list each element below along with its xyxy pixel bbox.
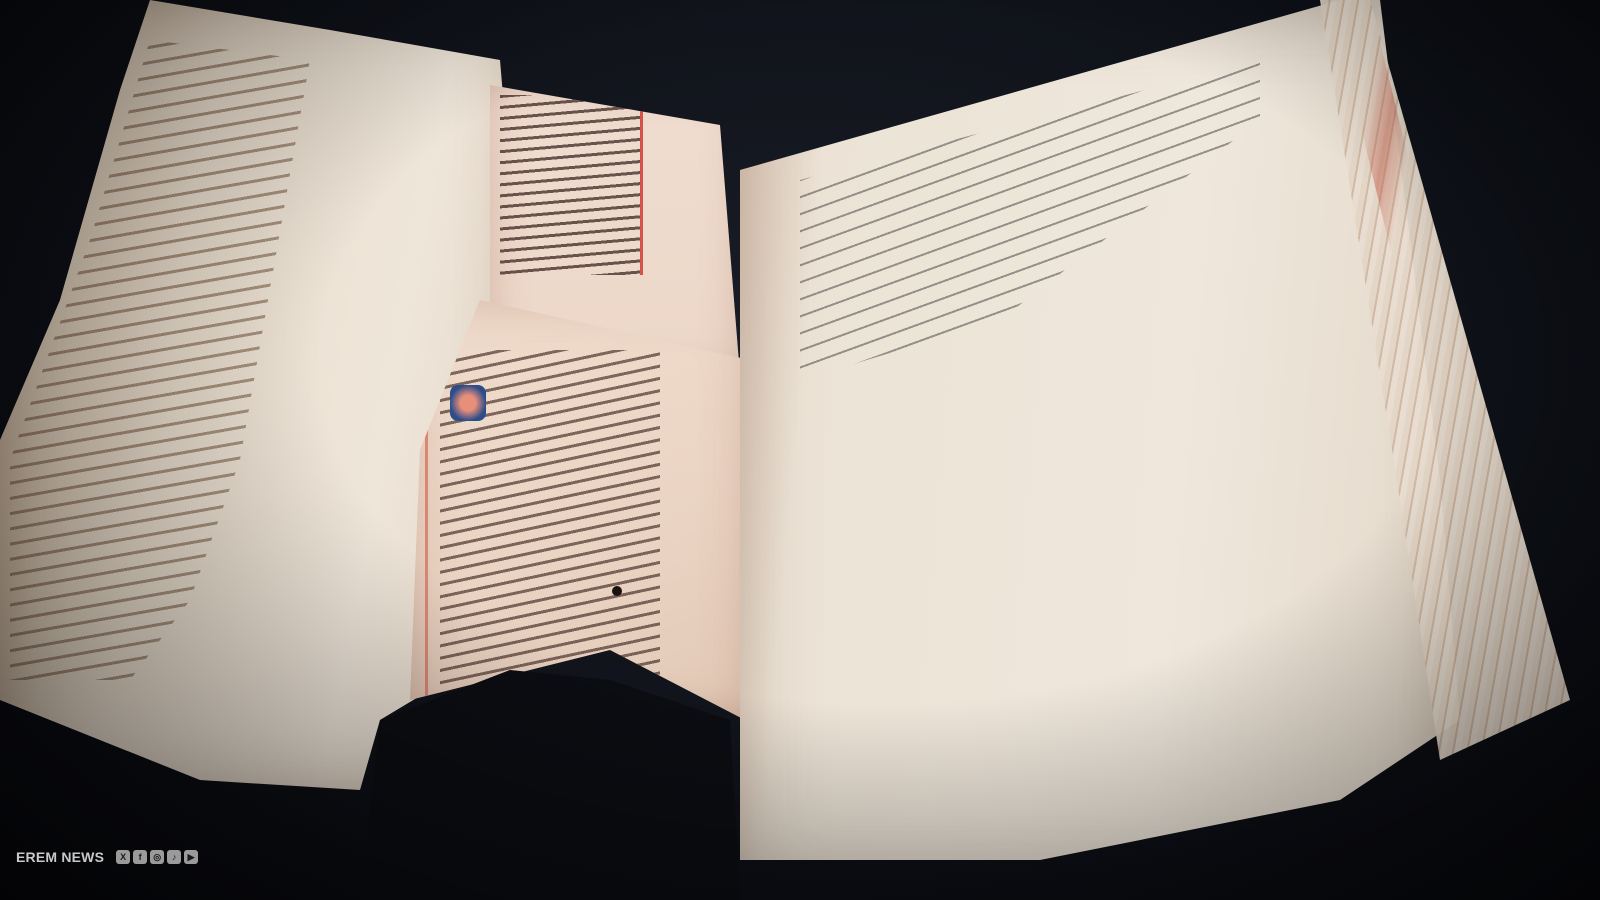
red-ruling-line bbox=[640, 105, 643, 275]
upper-fragment-script bbox=[500, 95, 640, 275]
social-icons: X f ◎ ♪ ▶ bbox=[116, 850, 198, 864]
tiktok-icon: ♪ bbox=[167, 850, 181, 864]
red-margin-line bbox=[425, 400, 428, 700]
illuminated-initial bbox=[450, 385, 486, 421]
brand-logo: EREM NEWS bbox=[16, 849, 104, 865]
instagram-icon: ◎ bbox=[150, 850, 164, 864]
worm-hole bbox=[612, 586, 622, 596]
x-icon: X bbox=[116, 850, 130, 864]
youtube-icon: ▶ bbox=[184, 850, 198, 864]
watermark: EREM NEWS X f ◎ ♪ ▶ bbox=[16, 849, 198, 865]
facebook-icon: f bbox=[133, 850, 147, 864]
middle-lower-fragment bbox=[410, 300, 750, 720]
